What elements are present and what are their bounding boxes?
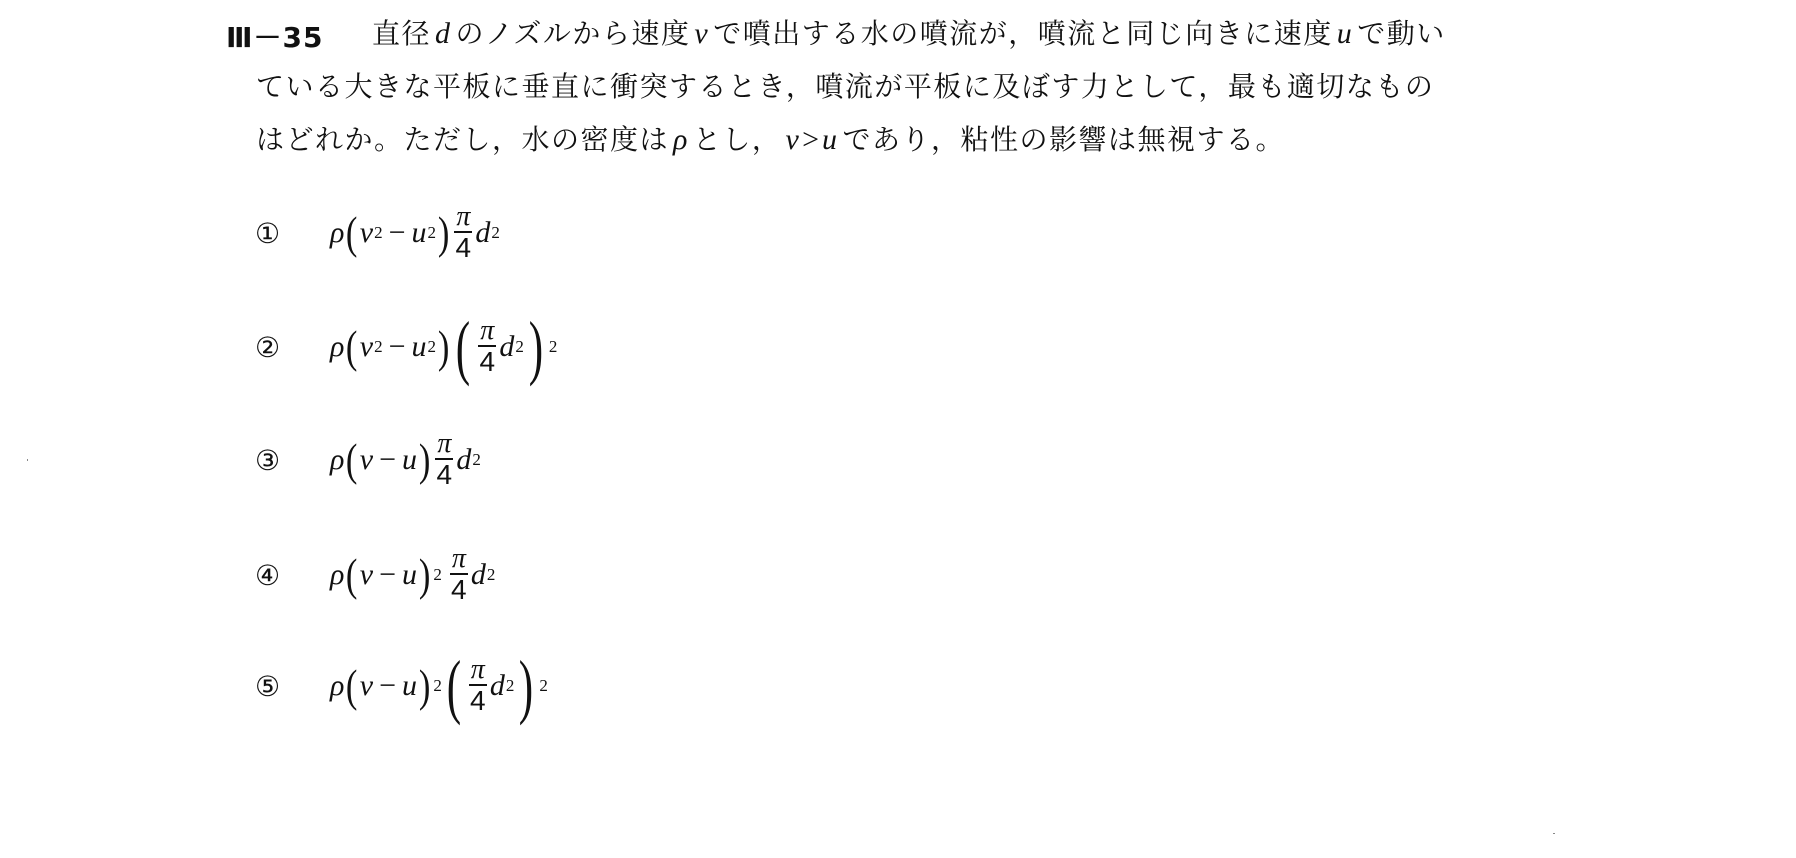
option-2[interactable]: ② ρ ( v2 − u2 ) ( π4 d2 )2 (255, 297, 557, 397)
formula: ρ ( v − u )2 ( π4 d2 )2 (330, 650, 548, 722)
fraction-pi-over-4: π4 (478, 317, 496, 377)
text-segment: のノズルから速度 (456, 17, 691, 50)
variable-v: v (694, 17, 709, 50)
option-number: ④ (255, 559, 330, 592)
option-5[interactable]: ⑤ ρ ( v − u )2 ( π4 d2 )2 (255, 636, 548, 736)
formula: ρ ( v2 − u2 ) ( π4 d2 )2 (330, 311, 557, 383)
fraction-pi-over-4: π4 (454, 203, 472, 263)
variable-u: u (1337, 17, 1354, 50)
option-number: ⑤ (255, 670, 330, 703)
text-segment: とし， (693, 123, 782, 156)
option-number: ③ (255, 444, 330, 477)
scan-speck (27, 459, 28, 461)
fraction-pi-over-4: π4 (450, 545, 468, 605)
condition-v-greater-u: v>u (785, 123, 838, 156)
formula: ρ ( v − u )2 π4 d2 (330, 545, 495, 605)
variable-rho: ρ (673, 123, 689, 156)
option-number: ① (255, 217, 330, 250)
scan-speck (1553, 833, 1555, 834)
text-segment: はどれか。ただし，水の密度は (256, 123, 669, 156)
question-number: Ⅲ－35 (226, 16, 323, 56)
text-segment: で噴出する水の噴流が，噴流と同じ向きに速度 (713, 17, 1333, 50)
text-segment: 直径 (372, 17, 431, 50)
question-text-line-2: ている大きな平板に垂直に衝突するとき，噴流が平板に及ぼす力として，最も適切なもの (256, 67, 1434, 107)
text-segment: で動い (1357, 17, 1446, 50)
option-number: ② (255, 331, 330, 364)
fraction-pi-over-4: π4 (469, 656, 487, 716)
text-segment: であり，粘性の影響は無視する。 (843, 123, 1286, 156)
formula: ρ ( v2 − u2 ) π4 d2 (330, 203, 500, 263)
option-1[interactable]: ① ρ ( v2 − u2 ) π4 d2 (255, 183, 500, 283)
fraction-pi-over-4: π4 (435, 430, 453, 490)
variable-d: d (435, 17, 452, 50)
formula: ρ ( v − u ) π4 d2 (330, 430, 481, 490)
question-text-line-3: はどれか。ただし，水の密度はρとし，v>uであり，粘性の影響は無視する。 (256, 120, 1285, 160)
option-4[interactable]: ④ ρ ( v − u )2 π4 d2 (255, 525, 495, 625)
option-3[interactable]: ③ ρ ( v − u ) π4 d2 (255, 410, 481, 510)
question-text-line-1: 直径dのノズルから速度vで噴出する水の噴流が，噴流と同じ向きに速度uで動い (372, 14, 1446, 54)
